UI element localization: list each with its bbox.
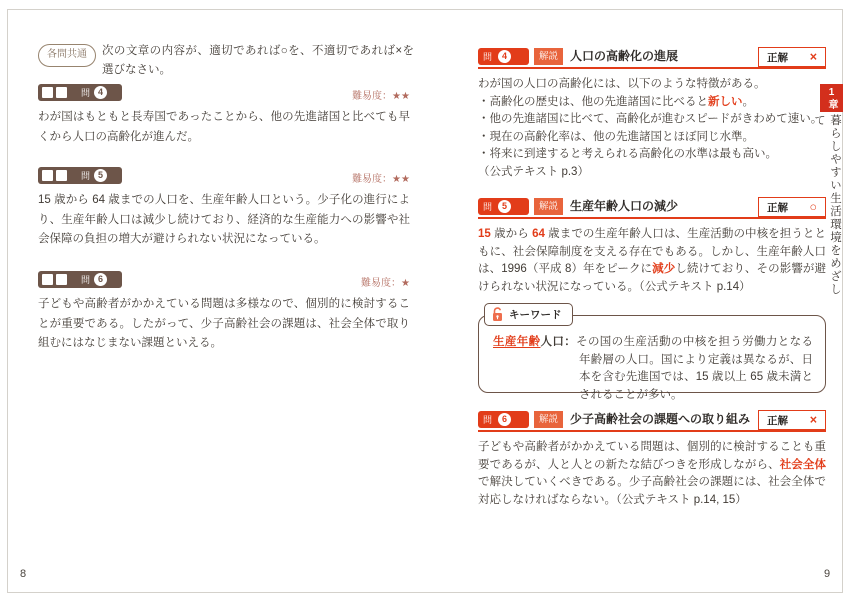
- correct-answer-label: 正解: [767, 50, 788, 65]
- keyword-box-frame: 生産年齢人口：その国の生産活動の中核を担う労働力となる年齢層の人口。国により定義…: [478, 315, 826, 393]
- question-number-badge: 6: [498, 413, 511, 426]
- page-number-left: 8: [20, 568, 26, 580]
- checkbox-icon: [56, 274, 67, 285]
- difficulty-rating: 難易度：★: [361, 271, 410, 289]
- question-text: 子どもや高齢者がかかえている問題は多様なので、個別的に検討することが重要である。…: [38, 295, 410, 354]
- checkbox-icon: [42, 170, 53, 181]
- keyword-box: 生産年齢人口：その国の生産活動の中核を担う労働力となる年齢層の人口。国により定義…: [478, 303, 826, 395]
- answer-line: ・高齢化の歴史は、他の先進諸国に比べると新しい。: [478, 94, 826, 112]
- circle-mark-icon: ○: [809, 201, 817, 214]
- question-label: 問: [483, 200, 492, 213]
- answer-6: 問 6 解説 少子高齢社会の課題への取り組み 正解 × 子どもや高齢者がかかえて…: [478, 411, 826, 509]
- lock-icon: [491, 307, 504, 322]
- question-label: 問: [81, 86, 90, 99]
- keyword-label: キーワード: [509, 307, 562, 322]
- keyword-definition: 生産年齢人口：その国の生産活動の中核を担う労働力となる年齢層の人口。国により定義…: [493, 334, 813, 404]
- difficulty-rating: 難易度：★★: [352, 84, 410, 102]
- answer-line: ・将来に到達すると考えられる高齢化の水準は最も高い。: [478, 146, 826, 164]
- correct-answer-box: 正解 ×: [758, 410, 826, 430]
- answer-5-badge: 問 5: [478, 198, 529, 215]
- answer-4-badge: 問 4: [478, 48, 529, 65]
- common-note-badge: 各問共通: [38, 44, 96, 67]
- question-label: 問: [483, 413, 492, 426]
- answer-title: 生産年齢人口の減少: [570, 197, 678, 214]
- checkbox-icon: [42, 87, 53, 98]
- kaisetsu-label: 解説: [534, 48, 563, 65]
- question-5-header: 問 5 難易度：★★: [38, 167, 410, 185]
- answer-6-badge: 問 6: [478, 411, 529, 428]
- answer-line: （公式テキスト p.3）: [478, 164, 826, 182]
- answer-body: 子どもや高齢者がかかえている問題は、個別的に検討することも重要であるが、人と人と…: [478, 439, 826, 509]
- answer-title: 少子高齢社会の課題への取り組み: [570, 410, 750, 427]
- answer-title: 人口の高齢化の進展: [570, 47, 678, 64]
- question-5: 問 5 難易度：★★ 15 歳から 64 歳までの人口を、生産年齢人口という。少…: [38, 167, 410, 250]
- page-number-right: 9: [824, 568, 830, 580]
- kaisetsu-label: 解説: [534, 198, 563, 215]
- question-number-badge: 5: [94, 169, 107, 182]
- correct-answer-box: 正解 ×: [758, 47, 826, 67]
- chapter-tab-number: 1章: [820, 84, 843, 112]
- question-number-badge: 4: [94, 86, 107, 99]
- answer-6-header: 問 6 解説 少子高齢社会の課題への取り組み 正解 ×: [478, 411, 826, 432]
- checkbox-icon: [42, 274, 53, 285]
- answer-4: 問 4 解説 人口の高齢化の進展 正解 × わが国の人口の高齢化には、以下のよう…: [478, 48, 826, 181]
- keyword-badge: キーワード: [484, 303, 573, 326]
- question-text: わが国はもともと長寿国であったことから、他の先進諸国と比べても早くから人口の高齢…: [38, 108, 410, 147]
- checkbox-icon: [56, 87, 67, 98]
- difficulty-rating: 難易度：★★: [352, 167, 410, 185]
- question-6-header: 問 6 難易度：★: [38, 271, 410, 289]
- answer-5: 問 5 解説 生産年齢人口の減少 正解 ○ 15 歳から 64 歳までの生産年齢…: [478, 198, 826, 296]
- cross-mark-icon: ×: [810, 51, 817, 64]
- kaisetsu-label: 解説: [534, 411, 563, 428]
- question-label: 問: [81, 273, 90, 286]
- answer-body: 15 歳から 64 歳までの生産年齢人口は、生産活動の中核を担うとともに、社会保…: [478, 226, 826, 296]
- answer-body: わが国の人口の高齢化には、以下のような特徴がある。 ・高齢化の歴史は、他の先進諸…: [478, 76, 826, 181]
- answer-line: ・現在の高齢化率は、他の先進諸国とほぼ同じ水準。: [478, 129, 826, 147]
- answer-line: ・他の先進諸国に比べて、高齢化が進むスピードがきわめて速い。: [478, 111, 826, 129]
- question-6: 問 6 難易度：★ 子どもや高齢者がかかえている問題は多様なので、個別的に検討す…: [38, 271, 410, 354]
- answer-line: わが国の人口の高齢化には、以下のような特徴がある。: [478, 76, 826, 94]
- correct-answer-label: 正解: [767, 200, 788, 215]
- question-number-badge: 4: [498, 50, 511, 63]
- question-4: 問 4 難易度：★★ わが国はもともと長寿国であったことから、他の先進諸国と比べ…: [38, 84, 410, 147]
- question-6-badge: 問 6: [38, 271, 122, 288]
- book-spread: 各問共通 次の文章の内容が、適切であれば○を、不適切であれば×を選びなさい。 問…: [0, 0, 850, 602]
- answer-5-header: 問 5 解説 生産年齢人口の減少 正解 ○: [478, 198, 826, 219]
- question-number-badge: 6: [94, 273, 107, 286]
- question-label: 問: [483, 50, 492, 63]
- question-number-badge: 5: [498, 200, 511, 213]
- question-4-badge: 問 4: [38, 84, 122, 101]
- checkbox-icon: [56, 170, 67, 181]
- answer-4-header: 問 4 解説 人口の高齢化の進展 正解 ×: [478, 48, 826, 69]
- cross-mark-icon: ×: [810, 414, 817, 427]
- correct-answer-label: 正解: [767, 413, 788, 428]
- correct-answer-box: 正解 ○: [758, 197, 826, 217]
- question-4-header: 問 4 難易度：★★: [38, 84, 410, 102]
- question-text: 15 歳から 64 歳までの人口を、生産年齢人口という。少子化の進行により、生産…: [38, 191, 410, 250]
- chapter-tab-title: 暮らしやすい生活環境をめざして: [820, 114, 843, 299]
- instruction-text: 次の文章の内容が、適切であれば○を、不適切であれば×を選びなさい。: [102, 42, 414, 79]
- question-label: 問: [81, 169, 90, 182]
- question-5-badge: 問 5: [38, 167, 122, 184]
